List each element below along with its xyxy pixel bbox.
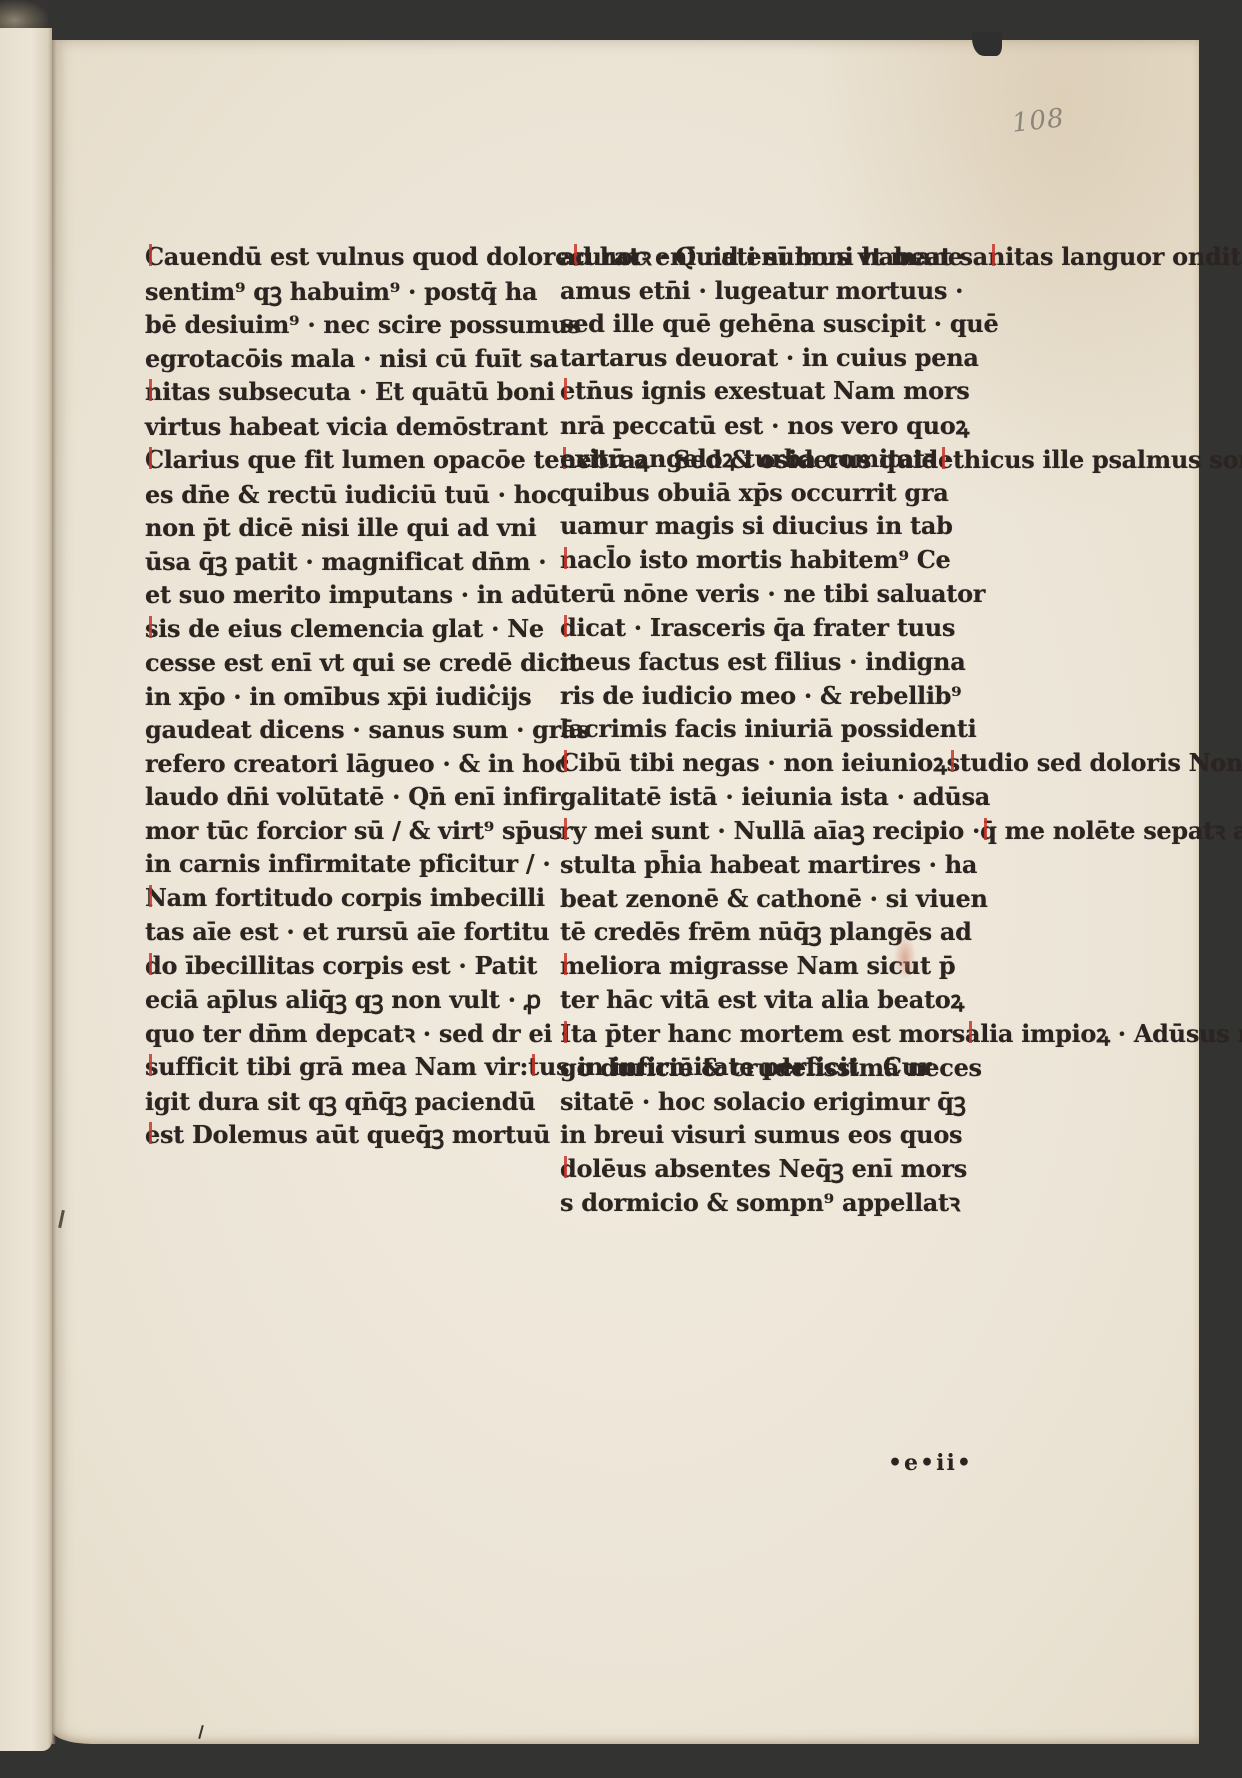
text-line: tē credēs frēm nūq̄ꝫ plangēs ad xyxy=(560,915,925,949)
text-line: ter hāc vitā est vita alia beatoꝝ xyxy=(560,983,925,1017)
text-line: refero creatori lāgueo · & in hoc xyxy=(145,747,505,781)
text-line: bē desiuim⁹ · nec scire possumus xyxy=(145,308,505,342)
text-line: alia impioꝝ · Adūsus mortis er: xyxy=(965,1017,1242,1051)
text-line: beat zenonē & cathonē · si viuen xyxy=(560,882,925,916)
text-line: Cauendū est vulnus quod dolore xyxy=(145,240,570,274)
text-line: amus etn̄i · lugeatur mortuus · xyxy=(560,274,925,308)
text-line: s dormicio & sompn⁹ appellatꝛ xyxy=(560,1186,925,1220)
text-line: virtus habeat vicia demōstrant xyxy=(145,410,505,444)
text-line: sis de eius clemencia glat · Ne xyxy=(145,612,544,646)
text-line: nacl̄o isto mortis habitem⁹ Ce xyxy=(560,543,950,577)
text-line: in xp̄o · in omībus xp̄i iudicijs xyxy=(145,680,505,714)
text-line: Cibū tibi negas · non ieiunioꝝ xyxy=(560,746,947,780)
text-line: dolēus absentes Neq̄ꝫ enī mors xyxy=(560,1152,967,1186)
previous-page-edge xyxy=(0,28,52,1751)
text-line: tartarus deuorat · in cuius pena xyxy=(560,341,925,375)
text-line: ethicus ille psalmus sonet Iust⁹ xyxy=(938,443,1242,477)
page-tear-notch xyxy=(972,32,1002,56)
text-line: nrā peccatū est · nos vero quoꝝ xyxy=(560,409,925,443)
text-line: do ībecillitas corpis est · Patit xyxy=(145,949,537,983)
text-line: galitatē istā · ieiunia ista · adūsa xyxy=(560,780,925,814)
text-line: nitas languor ondit Nam plus xyxy=(988,240,1242,274)
text-line: et suo merito imputans · in adū xyxy=(145,578,505,612)
signature-mark: •e•ii• xyxy=(888,1450,973,1476)
text-line: eciā ap̄lus aliq̄ꝫ qꝫ non vult · ꝓ xyxy=(145,983,505,1017)
text-line: igit dura sit qꝫ qn̄q̄ꝫ paciendū xyxy=(145,1085,505,1119)
text-column-left: Cauendū est vulnus quod dolorecuratꝛ · Q… xyxy=(145,240,505,1153)
margin-mark xyxy=(58,1210,65,1228)
text-line: terū nōne veris · ne tibi saluator xyxy=(560,577,925,611)
text-line: sufficit tibi grā mea Nam vir: xyxy=(145,1050,528,1084)
text-line: go duriciē & crudelissimā neces xyxy=(560,1051,925,1085)
text-line: ris de iudicio meo · & rebellib⁹ xyxy=(560,679,925,713)
text-line: Clarius que fit lumen opacōe te xyxy=(145,443,559,477)
text-line: etn̄us ignis exestuat Nam mors xyxy=(560,374,969,408)
text-line: sed ille quē gehēna suscipit · quē xyxy=(560,307,925,341)
text-line: non p̄t dicē nisi ille qui ad vni xyxy=(145,511,505,545)
text-column-right: ad hoc enī nati sumus vt maneamus etn̄i … xyxy=(560,240,925,1220)
text-line: sitatē · hoc solacio erigimur q̄ꝫ xyxy=(560,1085,925,1119)
text-line: sentim⁹ qꝫ habuim⁹ · postq̄ ha xyxy=(145,275,505,309)
red-ink-stain xyxy=(894,935,916,980)
text-line: Ita p̄ter hanc mortem est mors xyxy=(560,1017,965,1051)
text-line: egrotacōis mala · nisi cū fuīt sa xyxy=(145,342,505,376)
text-line: es dn̄e & rectū iudiciū tuū · hoc xyxy=(145,478,505,512)
text-line: ry mei sunt · Nullā aīaꝫ recipio · xyxy=(560,814,980,848)
text-line: lacrimis facis iniuriā possidenti xyxy=(560,712,925,746)
text-line: ad hoc enī nati sumus vt mane xyxy=(560,240,925,274)
text-line: quo ter dn̄m depcatꝛ · sed dr ei · xyxy=(145,1017,505,1051)
page-gutter xyxy=(52,40,56,1744)
text-line: gaudeat dicens · sanus sum · grās xyxy=(145,713,505,747)
text-line: nitas subsecuta · Et quātū boni xyxy=(145,375,555,409)
ink-speck xyxy=(490,684,495,689)
text-line: est Dolemus aūt queq̄ꝫ mortuū xyxy=(145,1118,550,1152)
text-line: Nam fortitudo corpis imbecilli xyxy=(145,881,545,915)
text-line: laudo dn̄i volūtatē · Qn̄ enī infir xyxy=(145,780,505,814)
text-line: q̄ me nolēte sepatꝛ a corpe / Tal xyxy=(980,814,1242,848)
text-line: in breui visuri sumus eos quos xyxy=(560,1118,925,1152)
book-page: 108 Cauendū est vulnus quod dolorecuratꝛ… xyxy=(52,40,1199,1744)
text-line: dicat · Irasceris q̄a frater tuus xyxy=(560,611,955,645)
text-line: exitū angeloꝝ turba comitatꝛ · xyxy=(560,442,925,476)
text-line: studio sed doloris Non amo fru xyxy=(947,746,1242,780)
text-line: in carnis infirmitate pficitur / · xyxy=(145,847,505,881)
folio-number: 108 xyxy=(1011,103,1066,138)
text-line: mor tūc forcior sū / & virt⁹ sp̄us xyxy=(145,814,505,848)
text-line: quibus obuiā xp̄s occurrit gra xyxy=(560,476,925,510)
text-line: stulta ph̄ia habeat martires · ha xyxy=(560,848,925,882)
text-line: uamur magis si diucius in tab xyxy=(560,509,925,543)
text-line: ūsa q̄ꝫ patit · magnificat dn̄m · xyxy=(145,545,505,579)
text-line: cesse est enī vt qui se credē dicit xyxy=(145,646,505,680)
text-line: tas aīe est · et rursū aīe fortitu xyxy=(145,915,505,949)
text-line: meus factus est filius · indigna xyxy=(560,645,925,679)
